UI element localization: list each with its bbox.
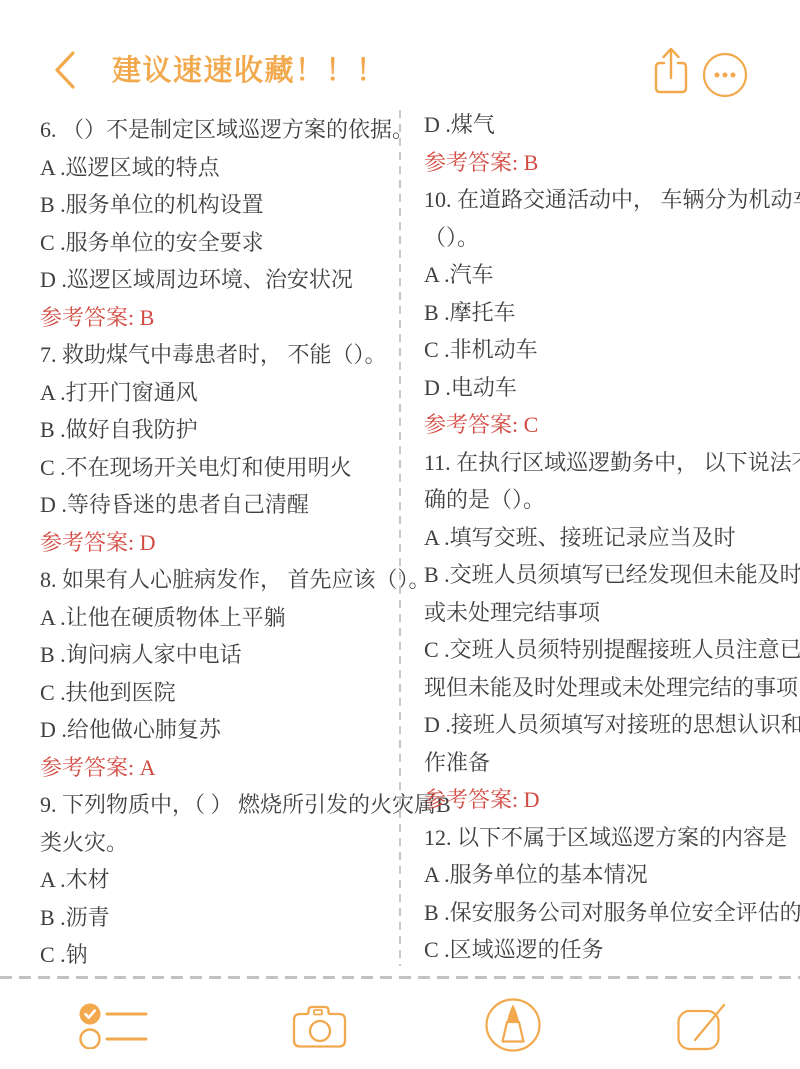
more-button[interactable] <box>701 51 749 99</box>
option-line: C .扶他到医院 <box>40 674 396 712</box>
option-line: C .非机动车 <box>424 331 780 369</box>
option-line: B .保安服务公司对服务单位安全评估的结果 <box>424 894 780 932</box>
option-line: D .巡逻区域周边环境、治安状况 <box>40 261 396 299</box>
option-line: A .服务单位的基本情况 <box>424 856 780 894</box>
option-line: A .汽车 <box>424 256 780 294</box>
question-line: （）。 <box>424 219 780 257</box>
question-line: 8. 如果有人心脏病发作， 首先应该（）。 <box>40 561 396 599</box>
option-line: C .不在现场开关电灯和使用明火 <box>40 449 396 487</box>
answer-line: 参考答案: B <box>40 299 396 337</box>
option-line: B .询问病人家中电话 <box>40 636 396 674</box>
option-line: 或未处理完结事项 <box>424 594 780 632</box>
option-line: A .填写交班、接班记录应当及时 <box>424 519 780 557</box>
option-line: B .交班人员须填写已经发现但未能及时处理 <box>424 556 780 594</box>
answer-line: 参考答案: A <box>40 749 396 787</box>
marker-icon <box>484 998 542 1052</box>
option-line: A .让他在硬质物体上平躺 <box>40 599 396 637</box>
share-button[interactable] <box>650 45 692 97</box>
checklist-button[interactable] <box>79 1003 149 1049</box>
option-line: B .服务单位的机构设置 <box>40 186 396 224</box>
back-button[interactable] <box>52 50 78 90</box>
option-line: B .沥青 <box>40 899 396 937</box>
compose-icon <box>675 1000 727 1052</box>
question-line: 10. 在道路交通活动中， 车辆分为机动车和 <box>424 181 780 219</box>
answer-line: 参考答案: B <box>424 144 780 182</box>
option-line: C .服务单位的安全要求 <box>40 224 396 262</box>
page-title: 建议速速收藏！！！ <box>112 48 387 89</box>
option-line: D .接班人员须填写对接班的思想认识和工 <box>424 706 780 744</box>
option-line: A .巡逻区域的特点 <box>40 149 396 187</box>
question-line: 确的是（）。 <box>424 481 780 519</box>
question-line: 12. 以下不属于区域巡逻方案的内容是（） <box>424 819 780 857</box>
checklist-icon <box>79 1003 149 1049</box>
question-line: 6. （）不是制定区域巡逻方案的依据。 <box>40 111 396 149</box>
option-line: C .钠 <box>40 936 396 974</box>
option-line: C .交班人员须特别提醒接班人员注意已经发 <box>424 631 780 669</box>
camera-icon <box>292 1001 348 1049</box>
question-line: 7. 救助煤气中毒患者时， 不能（）。 <box>40 336 396 374</box>
page-break-divider <box>0 976 800 979</box>
option-line: B .摩托车 <box>424 294 780 332</box>
option-line: D .电动车 <box>424 369 780 407</box>
camera-button[interactable] <box>292 1001 348 1049</box>
marker-button[interactable] <box>484 998 542 1052</box>
answer-line: 参考答案: C <box>424 406 780 444</box>
option-line: D .给他做心肺复苏 <box>40 711 396 749</box>
option-line: 作准备 <box>424 744 780 782</box>
option-line: C .区域巡逻的任务 <box>424 931 780 969</box>
answer-line: 参考答案: D <box>424 781 780 819</box>
right-column: D .煤气参考答案: B10. 在道路交通活动中， 车辆分为机动车和（）。A .… <box>424 106 780 969</box>
column-divider <box>399 110 401 966</box>
option-line: 现但未能及时处理或未处理完结的事项 <box>424 669 780 707</box>
answer-line: 参考答案: D <box>40 524 396 562</box>
question-line: 类火灾。 <box>40 824 396 862</box>
option-line: A .木材 <box>40 861 396 899</box>
option-line: D .煤气 <box>424 106 780 144</box>
option-line: B .做好自我防护 <box>40 411 396 449</box>
ellipsis-circle-icon <box>701 51 749 99</box>
option-line: A .打开门窗通风 <box>40 374 396 412</box>
chevron-left-icon <box>52 50 78 90</box>
option-line: D .等待昏迷的患者自己清醒 <box>40 486 396 524</box>
question-line: 11. 在执行区域巡逻勤务中， 以下说法不正 <box>424 444 780 482</box>
share-icon <box>650 45 692 97</box>
compose-button[interactable] <box>675 1000 727 1052</box>
left-column: 6. （）不是制定区域巡逻方案的依据。A .巡逻区域的特点B .服务单位的机构设… <box>40 111 396 974</box>
question-line: 9. 下列物质中，（ ） 燃烧所引发的火灾属B <box>40 786 396 824</box>
